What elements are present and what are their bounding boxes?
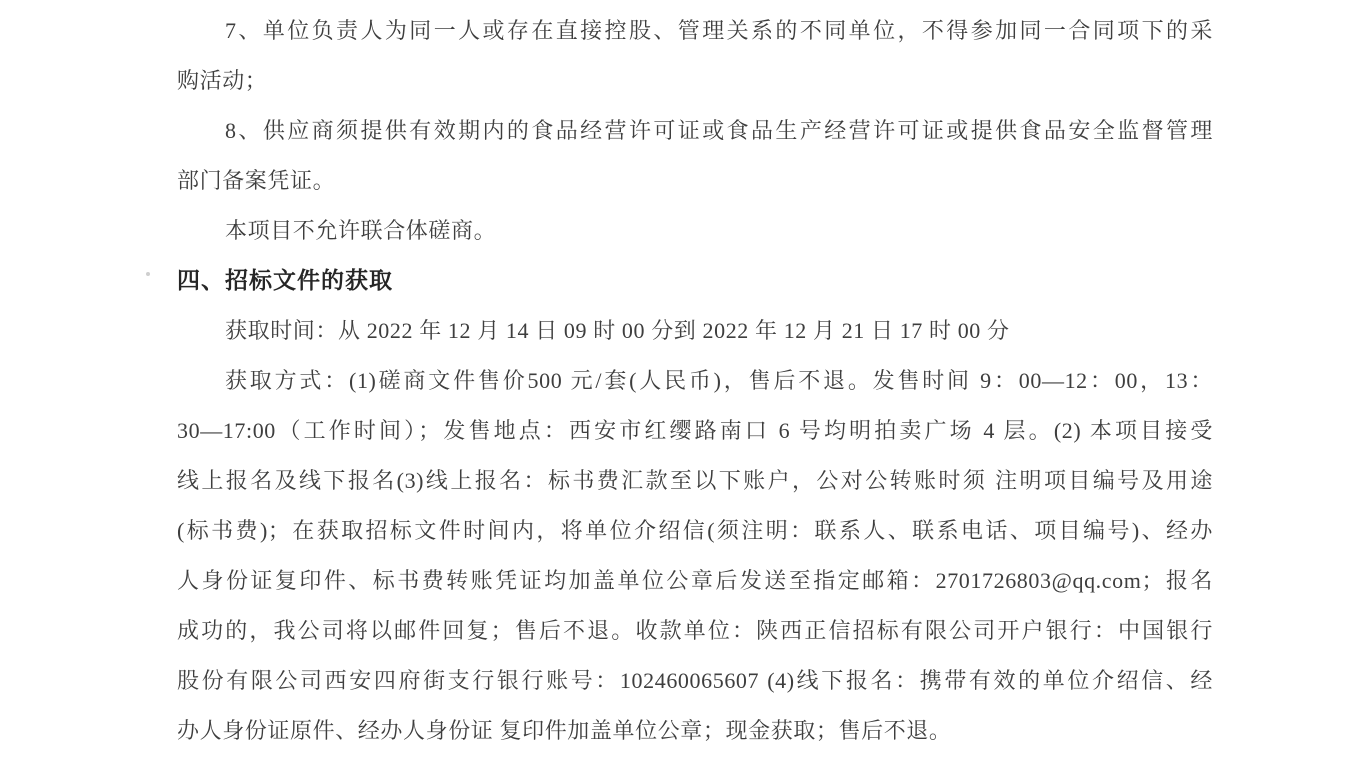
section-4-heading: 四、招标文件的获取: [177, 256, 1213, 306]
acquisition-time-line: 获取时间：从 2022 年 12 月 14 日 09 时 00 分到 2022 …: [177, 306, 1213, 356]
acquisition-method-line-3: 线上报名及线下报名(3)线上报名：标书费汇款至以下账户，公对公转账时须 注明项目…: [177, 456, 1213, 506]
acquisition-method-line-6: 成功的，我公司将以邮件回复；售后不退。收款单位：陕西正信招标有限公司开户银行：中…: [177, 606, 1213, 656]
no-consortium-note: 本项目不允许联合体磋商。: [177, 206, 1213, 256]
acquisition-method-line-7: 股份有限公司西安四府街支行银行账号：102460065607 (4)线下报名：携…: [177, 656, 1213, 706]
clause-8-line-2: 部门备案凭证。: [177, 156, 1213, 206]
scan-artifact-dot: [146, 272, 150, 276]
acquisition-method-line-8: 办人身份证原件、经办人身份证 复印件加盖单位公章；现金获取；售后不退。: [177, 706, 1213, 756]
clause-8-line-1: 8、供应商须提供有效期内的食品经营许可证或食品生产经营许可证或提供食品安全监督管…: [177, 106, 1213, 156]
acquisition-method-line-5: 人身份证复印件、标书费转账凭证均加盖单位公章后发送至指定邮箱：270172680…: [177, 556, 1213, 606]
acquisition-method-line-1: 获取方式：(1)磋商文件售价500 元/套(人民币)，售后不退。发售时间 9：0…: [177, 356, 1213, 406]
clause-7-line-1: 7、单位负责人为同一人或存在直接控股、管理关系的不同单位，不得参加同一合同项下的…: [177, 6, 1213, 56]
clause-7-line-2: 购活动；: [177, 56, 1213, 106]
document-page: 7、单位负责人为同一人或存在直接控股、管理关系的不同单位，不得参加同一合同项下的…: [0, 0, 1358, 758]
document-text-block: 7、单位负责人为同一人或存在直接控股、管理关系的不同单位，不得参加同一合同项下的…: [177, 6, 1213, 756]
acquisition-method-line-2: 30—17:00（工作时间）；发售地点：西安市红缨路南口 6 号均明拍卖广场 4…: [177, 406, 1213, 456]
acquisition-method-line-4: (标书费)；在获取招标文件时间内，将单位介绍信(须注明：联系人、联系电话、项目编…: [177, 506, 1213, 556]
